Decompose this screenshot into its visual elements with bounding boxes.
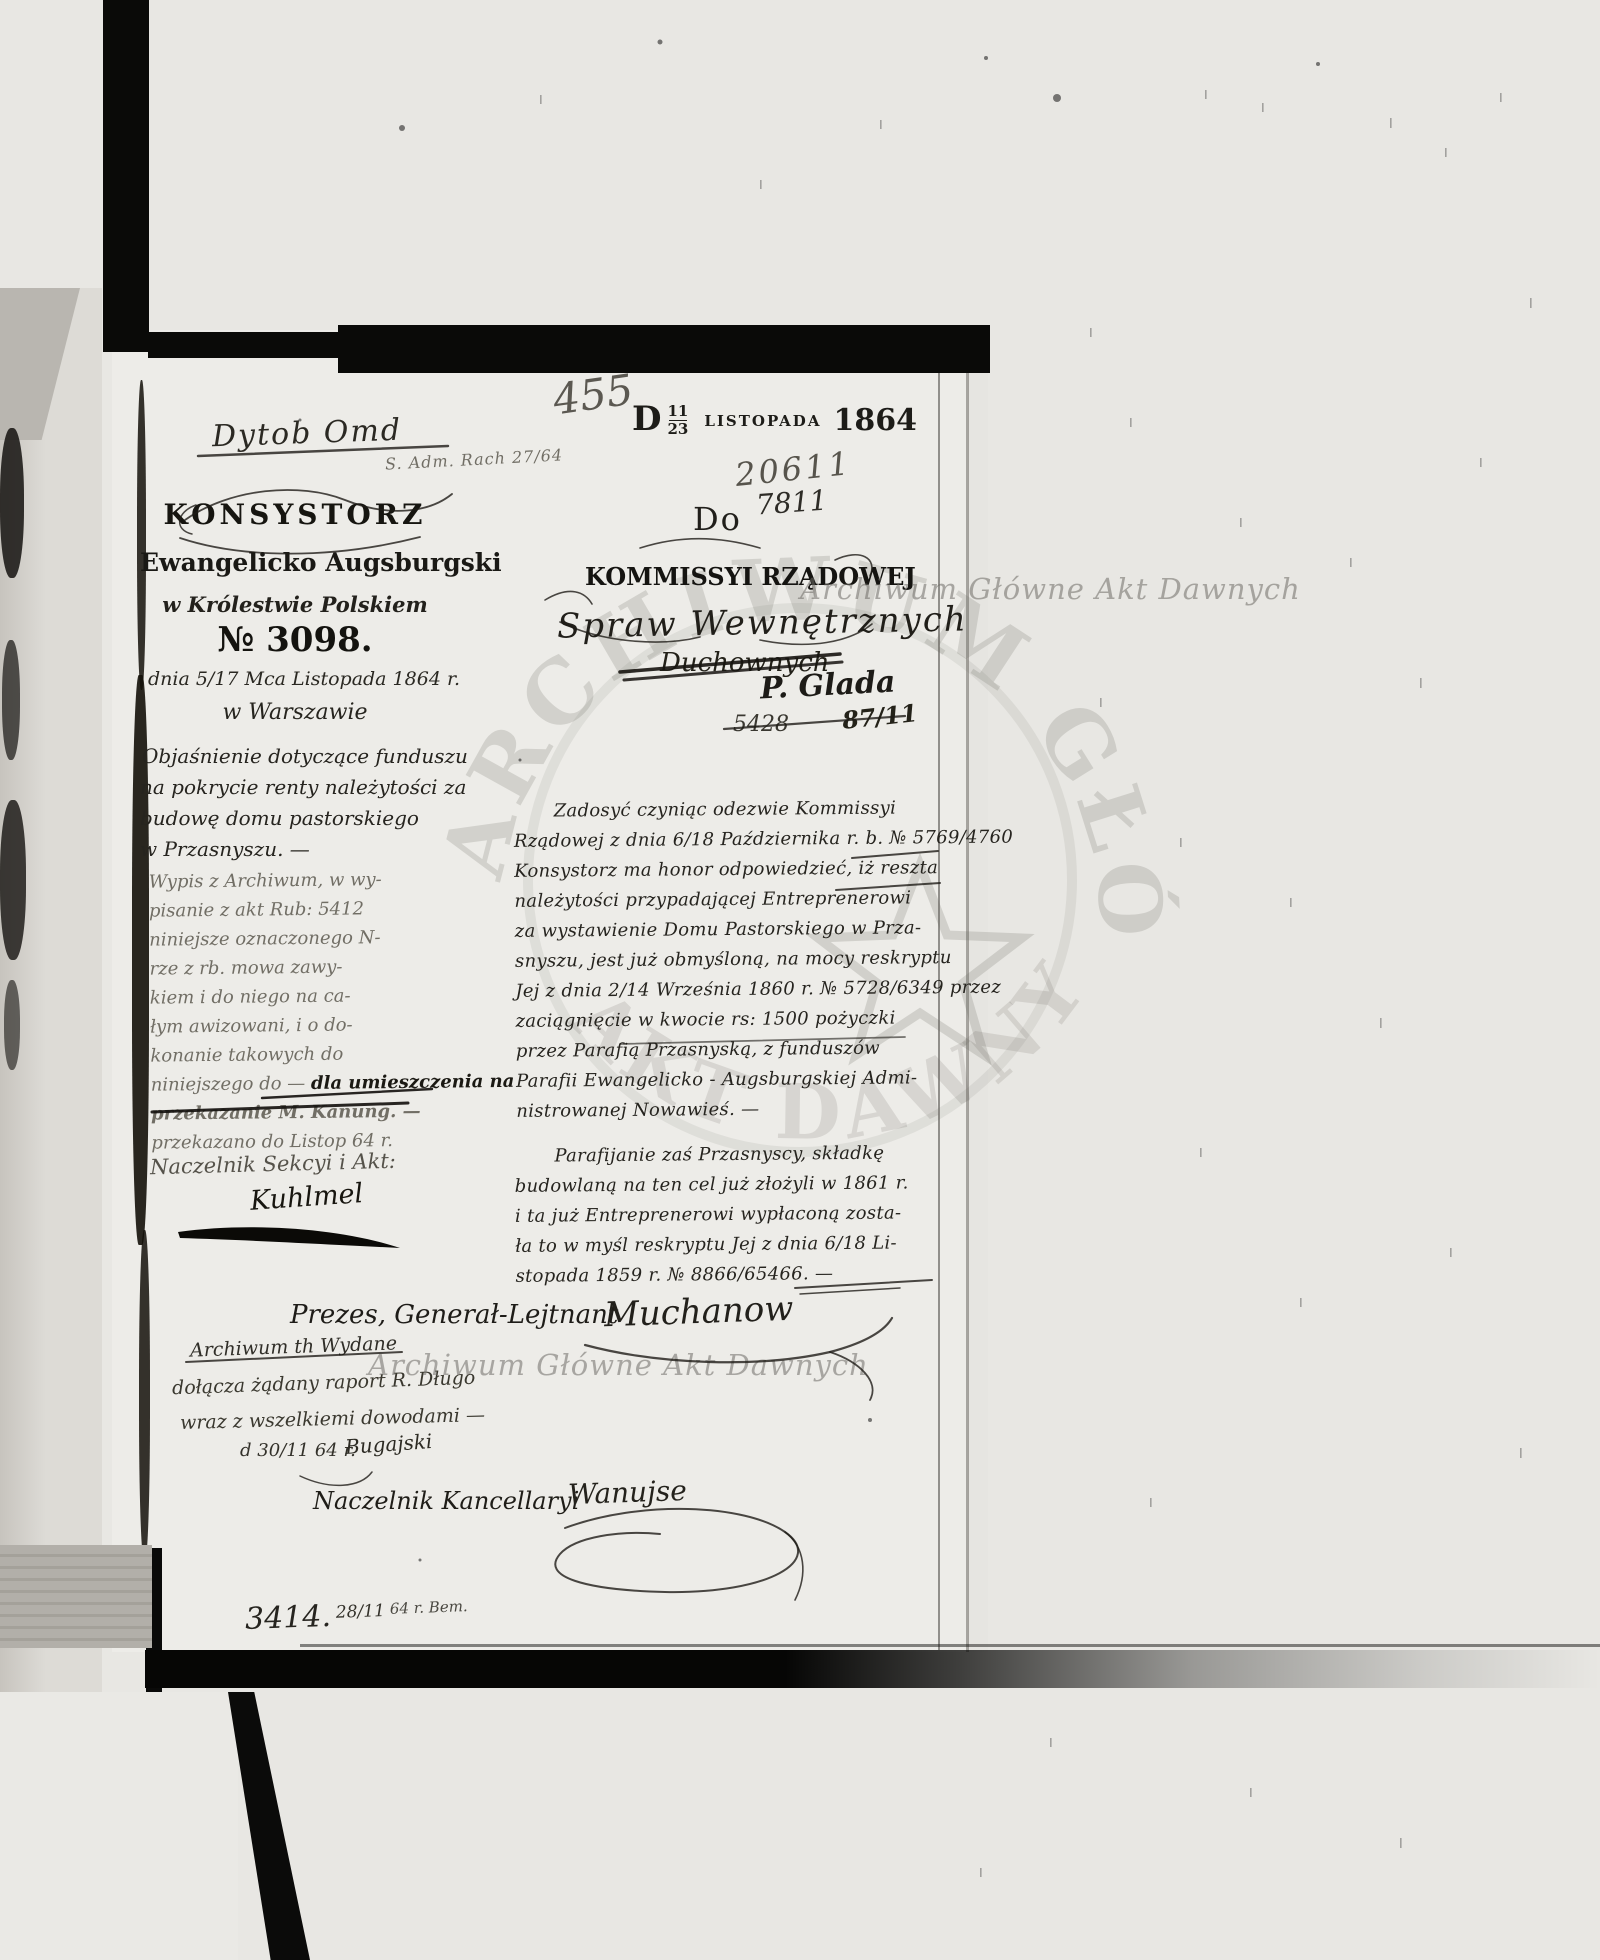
film-edge-blob <box>0 800 26 960</box>
film-edge-blob <box>4 980 20 1070</box>
stamp-day-new: 11 <box>667 404 688 419</box>
film-frame-band-top-left <box>148 332 340 358</box>
receipt-signature: P. Glada <box>759 664 896 706</box>
body-line: Zadosyć czyniąc odezwie Kommissyi <box>514 793 944 827</box>
letterhead-line2: Ewangelicko Augsburgski <box>140 548 450 577</box>
margin-note-line: rze z rb. mowa zawy- <box>149 951 459 983</box>
margin-note-line: Wypis z Archiwum, w wy- <box>148 864 458 896</box>
recipient-department: Spraw Wewnętrznych <box>557 599 968 646</box>
subject-line-1: Objaśnienie dotyczące funduszu <box>142 744 468 768</box>
letterhead-date-line: dnia 5/17 Mca Listopada 1864 r. <box>148 668 460 690</box>
margin-note-line: konanie takowych do <box>150 1038 460 1070</box>
president-title: Prezes, Generał-Lejtnant <box>290 1300 618 1330</box>
body-line: przez Parafią Przasnyską, z funduszów <box>516 1033 946 1067</box>
gutter-shadow <box>137 380 146 690</box>
body-line: stopada 1859 r. № 8866/65466. — <box>515 1258 945 1292</box>
margin-note-insert: dla umieszczenia na <box>311 1071 515 1094</box>
page-stack-block <box>0 1545 152 1648</box>
archive-watermark-top: Archiwum Główne Akt Dawnych <box>800 572 1301 606</box>
struck-number: 5428 <box>733 712 789 737</box>
body-line: Rządowej z dnia 6/18 Października r. b. … <box>514 823 944 857</box>
margin-note-line: kiem i do niego na ca- <box>150 980 460 1012</box>
dispatch-note: Dytob Omd <box>211 413 402 455</box>
film-frame-bar-vertical <box>103 0 149 352</box>
archive-watermark-bottom: Archiwum Główne Akt Dawnych <box>368 1348 869 1382</box>
recipient-do-number: 7811 <box>755 484 828 522</box>
body-line: nistrowanej Nowawieś. — <box>516 1093 946 1127</box>
film-edge-blob <box>2 640 20 760</box>
bottom-registry-fraction: 28/11 <box>336 1601 386 1623</box>
stamp-letter: D <box>632 402 661 436</box>
body-paragraph-2: Parafijanie zaś Przasnyscy, składkę budo… <box>514 1138 945 1292</box>
letterhead-line3: w Królestwie Polskiem <box>150 592 440 617</box>
body-line: ła to w myśl reskryptu Jej z dnia 6/18 L… <box>515 1228 945 1262</box>
subject-line-3: budowę domu pastorskiego <box>140 806 419 830</box>
body-line: Konsystorz ma honor odpowiedzieć, iż res… <box>514 853 944 887</box>
margin-note: Wypis z Archiwum, w wy- pisanie z akt Ru… <box>148 864 461 1157</box>
letterhead-city: w Warszawie <box>150 700 440 725</box>
next-page-corner <box>0 1692 238 1960</box>
body-line: snyszu, jest już obmyśloną, na mocy resk… <box>515 943 945 977</box>
body-line: Jej z dnia 2/14 Września 1860 r. № 5728/… <box>515 973 945 1007</box>
stamp-year: 1864 <box>833 403 917 438</box>
body-line: należytości przypadającej Entreprenerowi <box>514 883 944 917</box>
margin-note-line: łym awizowani, i o do- <box>150 1009 460 1041</box>
chancellery-title: Naczelnik Kancellaryi <box>313 1487 579 1515</box>
bottom-registry-number: 3414. <box>244 1599 331 1637</box>
chancellery-signature: Wanujse <box>567 1474 687 1511</box>
body-line: i ta już Entreprenerowi wypłaconą zosta- <box>515 1198 945 1232</box>
margin-note-line8: niniejszego do — <box>151 1073 306 1096</box>
body-line: zaciągnięcie w kwocie rs: 1500 pożyczki <box>515 1003 945 1037</box>
letterhead-doc-number: № 3098. <box>150 620 440 660</box>
page-gap-wedge <box>228 1692 310 1960</box>
body-paragraph-1: Zadosyć czyniąc odezwie Kommissyi Rządow… <box>514 793 947 1127</box>
body-line: za wystawienie Domu Pastorskiego w Prza- <box>515 913 945 947</box>
sheet-right-edge-line <box>966 368 969 1652</box>
bottom-registry-rest: 64 r. Bem. <box>390 1597 468 1618</box>
stamp-month: LISTOPADA <box>704 412 821 430</box>
stamp-day-old: 23 <box>667 422 688 437</box>
stamp-day-fraction: 11 23 <box>667 404 688 437</box>
archival-scan: ARCHIWUM GŁÓWNE AKT DAWNYCH Archiwum Głó… <box>0 0 1600 1960</box>
body-line: Parafii Ewangelicko - Augsburgskiej Admi… <box>516 1063 946 1097</box>
film-frame-band-bottom <box>145 1650 1600 1688</box>
margin-note-line: pisanie z akt Rub: 5412 <box>149 893 459 925</box>
margin-note-struck: przekazanie M. Kanung. — <box>151 1096 461 1128</box>
film-frame-band-top <box>338 325 990 373</box>
body-line: budowlaną na ten cel już złożyli w 1861 … <box>515 1168 945 1202</box>
recipient-do-label: Do <box>693 500 742 538</box>
letterhead-title: KONSYSTORZ <box>150 498 440 531</box>
date-stamp: D 11 23 LISTOPADA 1864 <box>632 402 917 438</box>
margin-note-line: niniejszego do — dla umieszczenia na <box>151 1067 461 1099</box>
gutter-shadow <box>139 1230 150 1560</box>
body-line: Parafijanie zaś Przasnyscy, składkę <box>514 1138 944 1172</box>
subject-line-2: na pokrycie renty należytości za <box>140 775 466 799</box>
film-scratch-line <box>300 1644 1600 1647</box>
margin-note-line: niniejsze oznaczonego N- <box>149 922 459 954</box>
film-edge-blob <box>0 428 24 578</box>
president-signature: Muchanow <box>603 1289 794 1336</box>
archive-note-date: d 30/11 64 r. <box>240 1440 356 1461</box>
subject-line-4: w Przasnyszu. — <box>140 837 310 861</box>
